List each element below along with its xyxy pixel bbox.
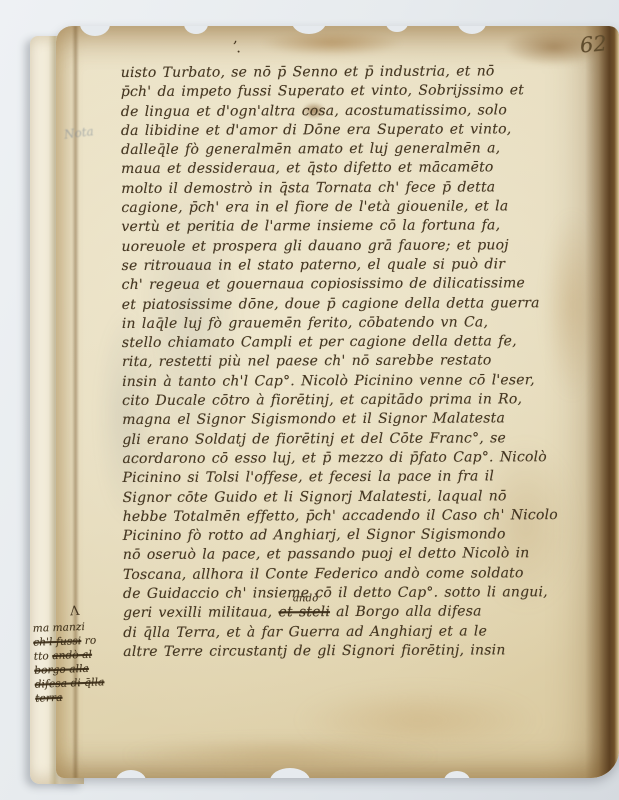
manuscript-line: se ritrouaua in el stato paterno, el qua… bbox=[122, 255, 588, 276]
handwritten-text: geri vexilli militaua, bbox=[123, 605, 278, 622]
handwritten-text: tto bbox=[34, 650, 53, 663]
torn-edge-mark bbox=[80, 26, 110, 36]
manuscript-line: de lingua et d'ogn'altra cosa, acostumat… bbox=[121, 101, 587, 122]
torn-edge-mark bbox=[386, 26, 408, 32]
manuscript-line: acordarono cō esso luj, et p̄ mezzo di p… bbox=[122, 448, 588, 469]
handwritten-text: de lingua et d'ogn'altra cosa, acostumat… bbox=[121, 102, 507, 120]
folio-number: 62 bbox=[579, 30, 617, 57]
manuscript-line: da libidine et d'amor di Dōne era Supera… bbox=[121, 120, 587, 141]
manuscript-line: uisto Turbato, se nō p̄ Senno et p̄ indu… bbox=[121, 62, 587, 83]
page-fore-edge bbox=[585, 26, 619, 778]
manuscript-line: gli erano Soldatj de fiorētinj et del Cō… bbox=[122, 429, 588, 450]
manuscript-line: vertù et peritia de l'arme insieme cō la… bbox=[121, 216, 587, 237]
torn-edge-mark bbox=[184, 26, 208, 34]
insertion-caret-mark: Λ bbox=[69, 604, 79, 620]
struck-text: borgo alla bbox=[34, 663, 89, 677]
handwritten-text: magna el Signor Sigismondo et il Signor … bbox=[122, 411, 505, 429]
manuscript-line: di q̄lla Terra, et à far Guerra ad Anghi… bbox=[123, 622, 589, 643]
handwritten-text: dalleq̄le fò generalmēn amato et luj gen… bbox=[121, 141, 500, 159]
handwritten-text: cito Ducale cōtro à fiorētinj, et capitā… bbox=[122, 391, 522, 409]
handwritten-text: ma manzi bbox=[33, 621, 86, 635]
manuscript-line: dalleq̄le fò generalmēn amato et luj gen… bbox=[121, 139, 587, 160]
handwritten-text: nō oseruò la pace, et passando puoj el d… bbox=[123, 546, 530, 564]
handwritten-text: maua et dessideraua, et q̄sto difetto et… bbox=[121, 160, 493, 178]
manuscript-line: Picinino si Tolsi l'offese, et fecesi la… bbox=[122, 467, 588, 488]
manuscript-line: insin à tanto ch'l Cap°. Nicolò Picinino… bbox=[122, 371, 588, 392]
handwritten-text: vertù et peritia de l'arme insieme cō la… bbox=[121, 218, 500, 236]
struck-text: et steliandò bbox=[278, 604, 330, 620]
manuscript-line: Picinino fò rotto ad Anghiarj, el Signor… bbox=[123, 525, 589, 546]
manuscript-line: stello chiamato Campli et per cagione de… bbox=[122, 332, 588, 353]
manuscript-line: cagione, p̄ch' era in el fiore de l'età … bbox=[121, 197, 587, 218]
struck-text: andò al bbox=[52, 649, 92, 662]
manuscript-line: geri vexilli militaua, et steliandò al B… bbox=[123, 602, 589, 623]
manuscript-line: molto il demostrò in q̄sta Tornata ch' f… bbox=[121, 178, 587, 199]
handwritten-text: se ritrouaua in el stato paterno, el qua… bbox=[122, 256, 506, 274]
struck-text: difesa di q̄lla bbox=[35, 676, 105, 690]
handwritten-text: gli erano Soldatj de fiorētinj et del Cō… bbox=[122, 430, 506, 448]
handwritten-text: ch' regeua et gouernaua copiosissimo de … bbox=[122, 276, 525, 294]
handwritten-text: uisto Turbato, se nō p̄ Senno et p̄ indu… bbox=[121, 63, 495, 81]
main-text-block: uisto Turbato, se nō p̄ Senno et p̄ indu… bbox=[121, 62, 590, 662]
manuscript-line: maua et dessideraua, et q̄sto difetto et… bbox=[121, 158, 587, 179]
stain-mark bbox=[262, 30, 402, 56]
handwritten-text: da libidine et d'amor di Dōne era Supera… bbox=[121, 121, 511, 139]
handwritten-text: Picinino fò rotto ad Anghiarj, el Signor… bbox=[123, 526, 506, 544]
manuscript-line: et piatosissime dōne, doue p̄ cagione de… bbox=[122, 294, 588, 315]
handwritten-text: et piatosissime dōne, doue p̄ cagione de… bbox=[122, 295, 540, 313]
manuscript-line: nō oseruò la pace, et passando puoj el d… bbox=[123, 544, 589, 565]
handwritten-text: molto il demostrò in q̄sta Tornata ch' f… bbox=[121, 179, 495, 197]
torn-edge-mark bbox=[458, 26, 486, 34]
handwritten-text: ro bbox=[81, 635, 96, 648]
manuscript-line: magna el Signor Sigismondo et il Signor … bbox=[122, 409, 588, 430]
interlinear-insertion: andò bbox=[293, 594, 319, 604]
handwritten-text: Signor cōte Guido et li Signorj Malatest… bbox=[123, 488, 507, 506]
handwritten-text: uoreuole et prospera gli dauano grā fauo… bbox=[121, 237, 508, 255]
handwritten-text: cagione, p̄ch' era in el fiore de l'età … bbox=[121, 198, 508, 216]
manuscript-line: hebbe Totalmēn effetto, p̄ch' accadendo … bbox=[123, 506, 589, 527]
handwritten-text: insin à tanto ch'l Cap°. Nicolò Picinino… bbox=[122, 372, 535, 390]
manuscript-line: uoreuole et prospera gli dauano grā fauo… bbox=[121, 236, 587, 257]
handwritten-text: hebbe Totalmēn effetto, p̄ch' accadendo … bbox=[123, 507, 558, 525]
handwritten-text: rita, restetti più nel paese ch' nō sare… bbox=[122, 353, 492, 371]
manuscript-line: rita, restetti più nel paese ch' nō sare… bbox=[122, 351, 588, 372]
stain-mark bbox=[120, 738, 440, 772]
handwritten-text: in laq̄le luj fò grauemēn ferito, cōbate… bbox=[122, 314, 488, 332]
manuscript-line: ch' regeua et gouernaua copiosissimo de … bbox=[122, 274, 588, 295]
handwritten-text: di q̄lla Terra, et à far Guerra ad Anghi… bbox=[123, 623, 487, 641]
manuscript-line: cito Ducale cōtro à fiorētinj, et capitā… bbox=[122, 390, 588, 411]
handwritten-text: acordarono cō esso luj, et p̄ mezzo di p… bbox=[122, 449, 547, 467]
handwritten-text: al Borgo alla difesa bbox=[330, 604, 482, 621]
handwritten-text: de Guidaccio ch' insieme cō il detto Cap… bbox=[123, 584, 548, 602]
manuscript-line: Toscana, allhora il Conte Federico andò … bbox=[123, 564, 589, 585]
handwritten-text: Picinino si Tolsi l'offese, et fecesi la… bbox=[122, 469, 494, 487]
scanner-background: 62 ’. Nota uisto Turbato, se nō p̄ Senno… bbox=[0, 0, 619, 800]
struck-text: terra bbox=[35, 692, 63, 705]
manuscript-line: p̄ch' da impeto fussi Superato et vinto,… bbox=[121, 81, 587, 102]
manuscript-line: Signor cōte Guido et li Signorj Malatest… bbox=[123, 487, 589, 508]
torn-edge-mark bbox=[116, 770, 146, 778]
handwritten-text: altre Terre circustantj de gli Signori f… bbox=[123, 642, 505, 660]
manuscript-line: in laq̄le luj fò grauemēn ferito, cōbate… bbox=[122, 313, 588, 334]
struck-text: ch'l fussi bbox=[33, 635, 81, 649]
handwritten-text: Toscana, allhora il Conte Federico andò … bbox=[123, 565, 524, 583]
handwritten-text: p̄ch' da impeto fussi Superato et vinto,… bbox=[121, 83, 524, 101]
manuscript-line: de Guidaccio ch' insieme cō il detto Cap… bbox=[123, 583, 589, 604]
margin-note-block: ma manzich'l fussi rotto andò alborgo al… bbox=[33, 618, 136, 705]
manuscript-line: altre Terre circustantj de gli Signori f… bbox=[123, 641, 589, 662]
handwritten-text: stello chiamato Campli et per cagione de… bbox=[122, 333, 517, 351]
torn-edge-mark bbox=[444, 771, 470, 778]
